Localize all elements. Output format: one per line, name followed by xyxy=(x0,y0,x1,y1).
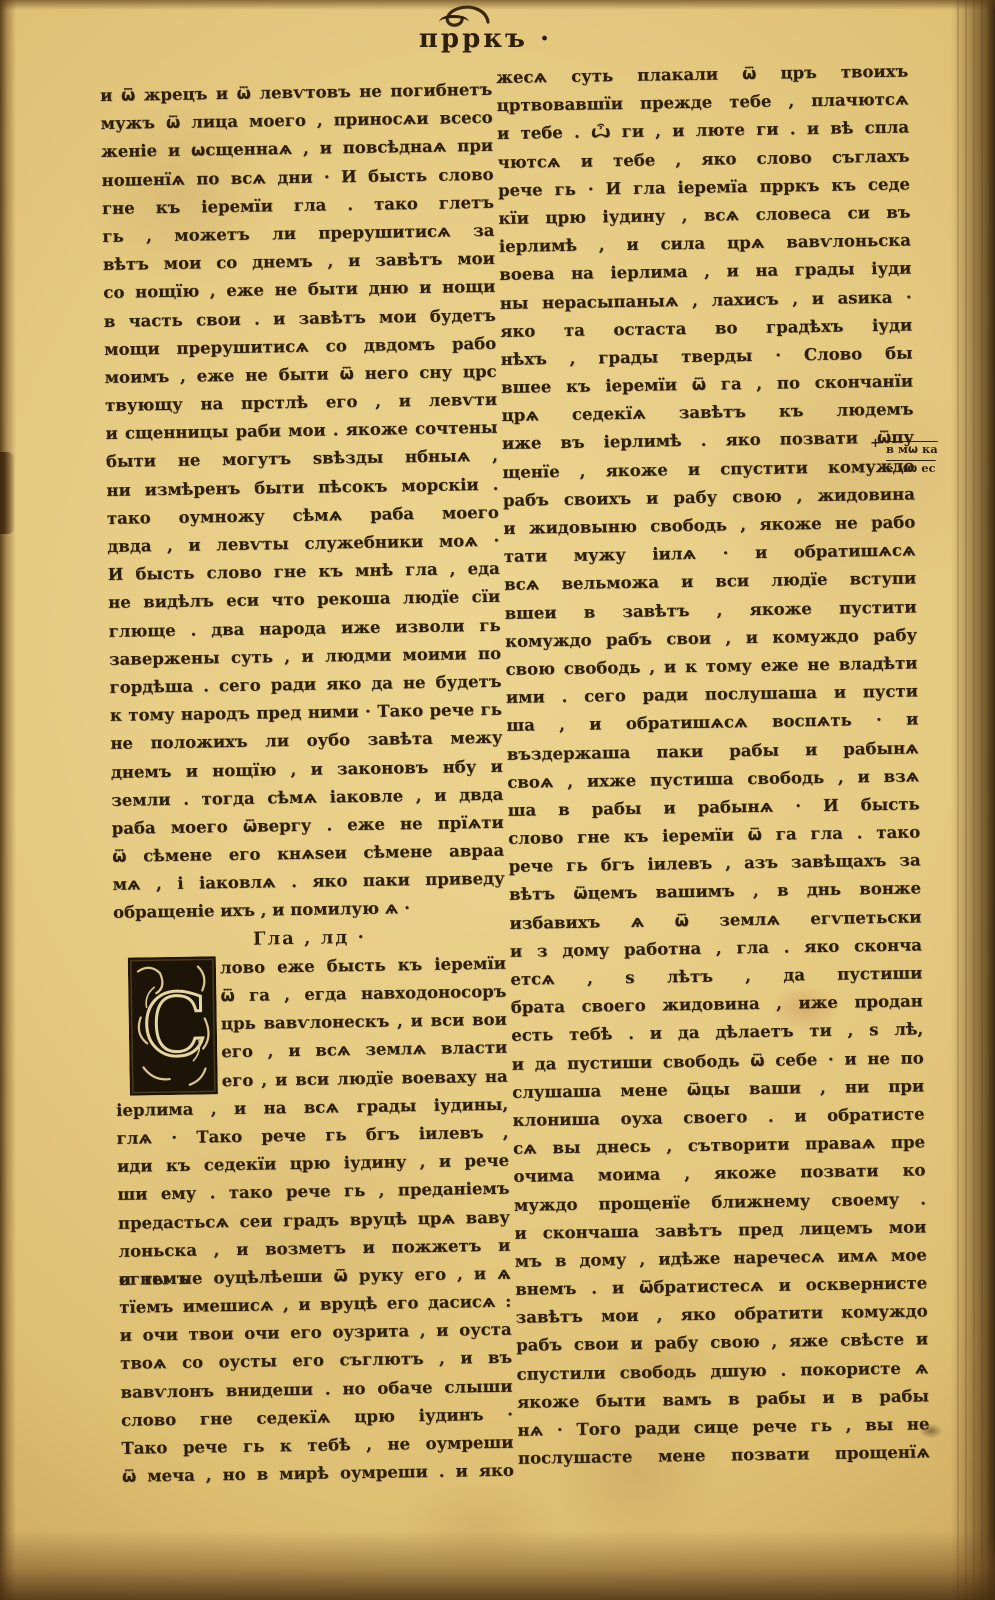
titlo-mark xyxy=(439,15,469,29)
margin-note: + в мѡ ка е мѡ ес xyxy=(886,440,976,478)
text-column-left: и ѿ жрецъ и ѿ левѵтовъ не погибнетъмужъ … xyxy=(100,76,514,1491)
text-line: послушасте мене позвати прощенїѧ xyxy=(518,1439,930,1474)
text-layer: прркъ · и ѿ жрецъ и ѿ левѵтовъ не погибн… xyxy=(0,0,995,1600)
text-line: лово еже бысть къ іеремїи xyxy=(220,950,506,983)
text-line: црь вавѵлонескъ , и вси вои xyxy=(221,1006,507,1039)
cross-reference-mark-icon: + xyxy=(870,434,881,453)
page-title: прркъ · xyxy=(0,24,983,54)
margin-note-line: в мѡ ка xyxy=(886,440,976,459)
text-column-right: жесѧ суть плакали ѿ цръ твоихъцртвовавшї… xyxy=(496,58,930,1474)
text-line: ѿ га , егда навходоносоръ xyxy=(220,978,506,1011)
text-line: его , и вси людїе воеваху на xyxy=(221,1062,507,1095)
ornate-initial-letter: С xyxy=(128,956,218,1095)
margin-note-line: е мѡ ес xyxy=(886,459,976,478)
text-line: ѿ меча , но в мирѣ оумреши . и яко xyxy=(122,1457,514,1491)
manuscript-page: прркъ · и ѿ жрецъ и ѿ левѵтовъ не погибн… xyxy=(0,0,995,1600)
text-line: его , и всѧ землѧ власти xyxy=(221,1034,507,1067)
page-title-text: прркъ · xyxy=(419,24,552,54)
